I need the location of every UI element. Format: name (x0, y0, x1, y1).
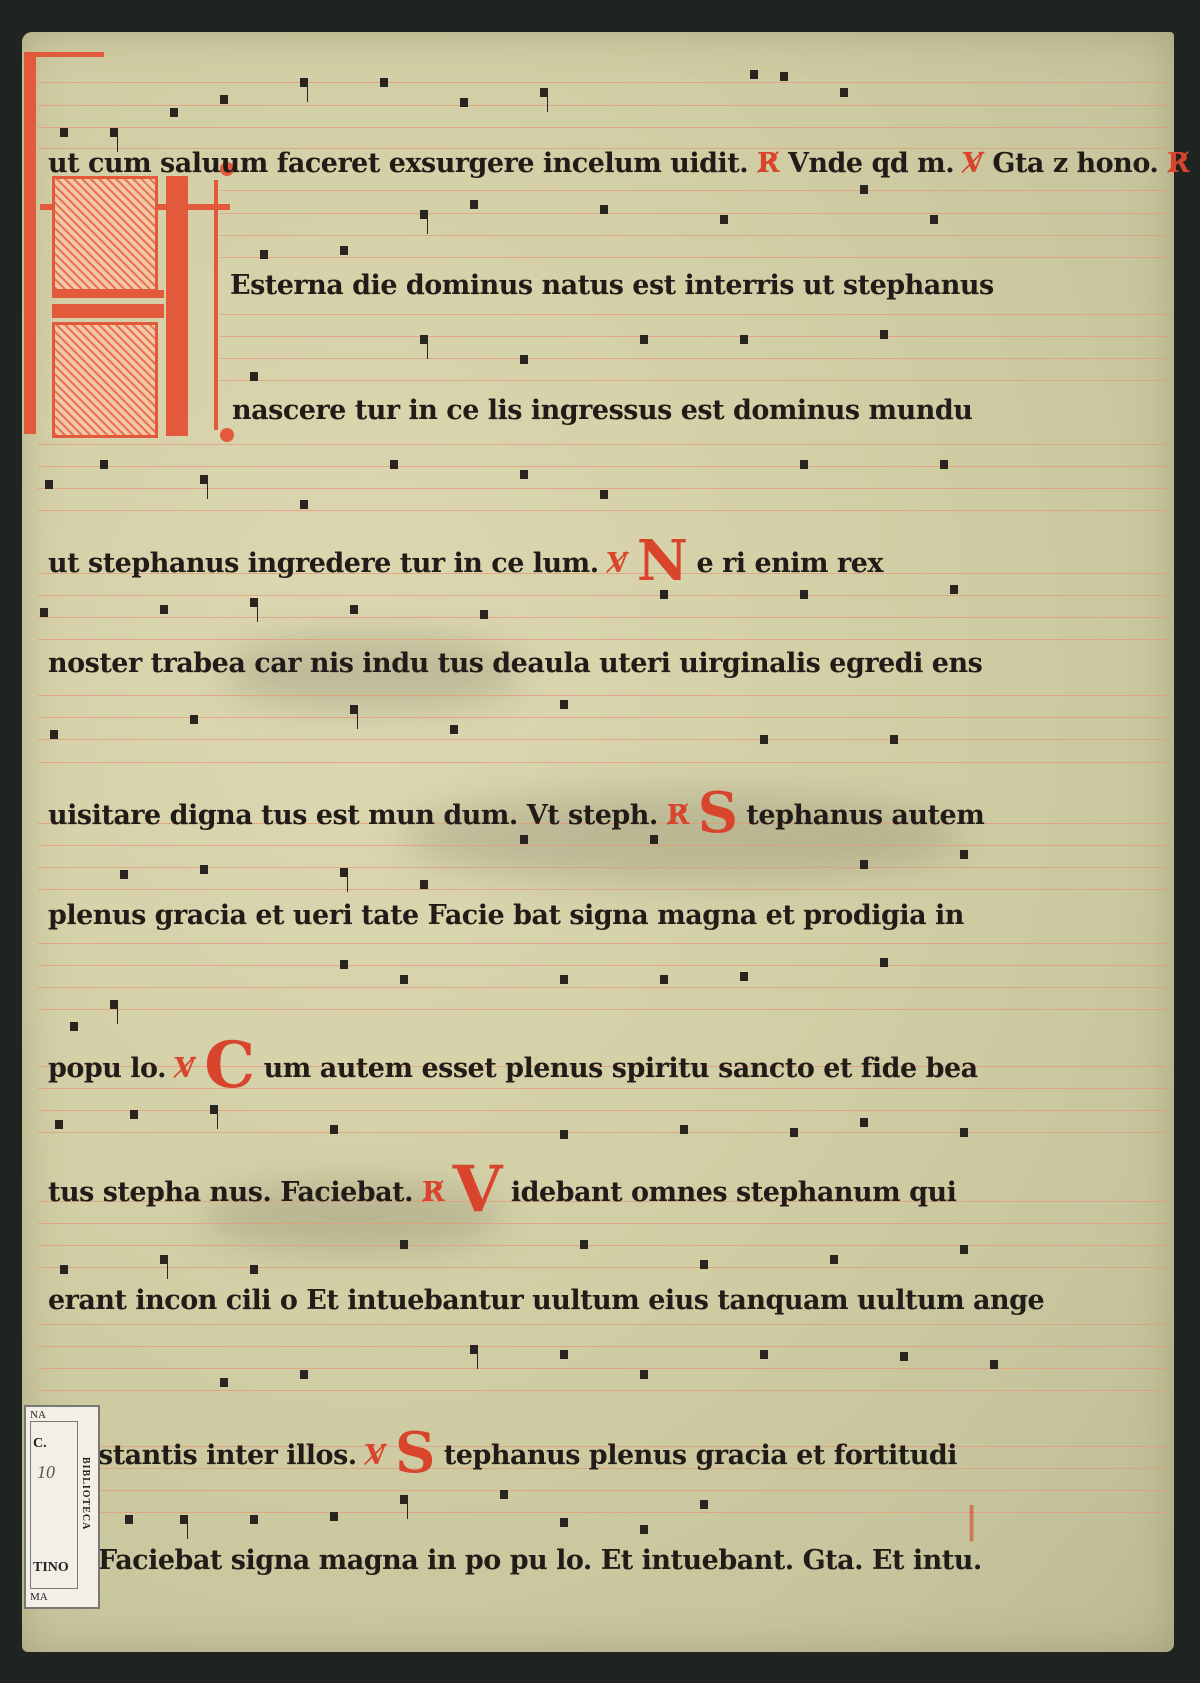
lyrics-line-7: plenus gracia et ueri tate Facie bat sig… (48, 900, 964, 931)
faded-rubric: | (965, 1500, 978, 1542)
lyrics-line-5: noster trabea car nis indu tus deaula ut… (48, 648, 982, 679)
library-shelf-label: NA C. 10 TINO BIBLIOTECA MA (24, 1405, 100, 1609)
lyrics-line-6: uisitare digna tus est mun dum. Vt steph… (48, 780, 984, 846)
lyrics-line-1: ut cum saluum faceret exsurgere incelum … (48, 148, 1189, 179)
lyrics-line-4: ut stephanus ingredere tur in ce lum. V̸… (48, 528, 883, 594)
red-capital-c: C (204, 1028, 254, 1103)
lyrics-line-11: stantis inter illos. V̸ S tephanus plenu… (98, 1420, 957, 1486)
red-capital-n: N (637, 528, 688, 594)
red-capital-s: S (698, 780, 738, 846)
red-capital-s: S (395, 1420, 435, 1486)
lyrics-line-9: tus stepha nus. Faciebat. R̸ V idebant o… (48, 1152, 956, 1227)
staff-3 (220, 310, 1170, 400)
lyrics-line-10: erant incon cili o Et intuebantur uultum… (48, 1285, 1044, 1316)
staff-11 (38, 1318, 1170, 1408)
staff-6 (38, 690, 1170, 780)
staff-2 (220, 185, 1170, 275)
lyrics-line-3: nascere tur in ce lis ingressus est domi… (232, 395, 972, 426)
lyrics-line-12: Faciebat signa magna in po pu lo. Et int… (98, 1545, 982, 1576)
staff-8 (38, 935, 1170, 1025)
staff-1 (38, 60, 1170, 150)
red-capital-v: V (453, 1152, 502, 1227)
lyrics-line-8: popu lo. V̸ C um autem esset plenus spir… (48, 1028, 978, 1103)
lyrics-line-2: Esterna die dominus natus est interris u… (230, 270, 994, 301)
